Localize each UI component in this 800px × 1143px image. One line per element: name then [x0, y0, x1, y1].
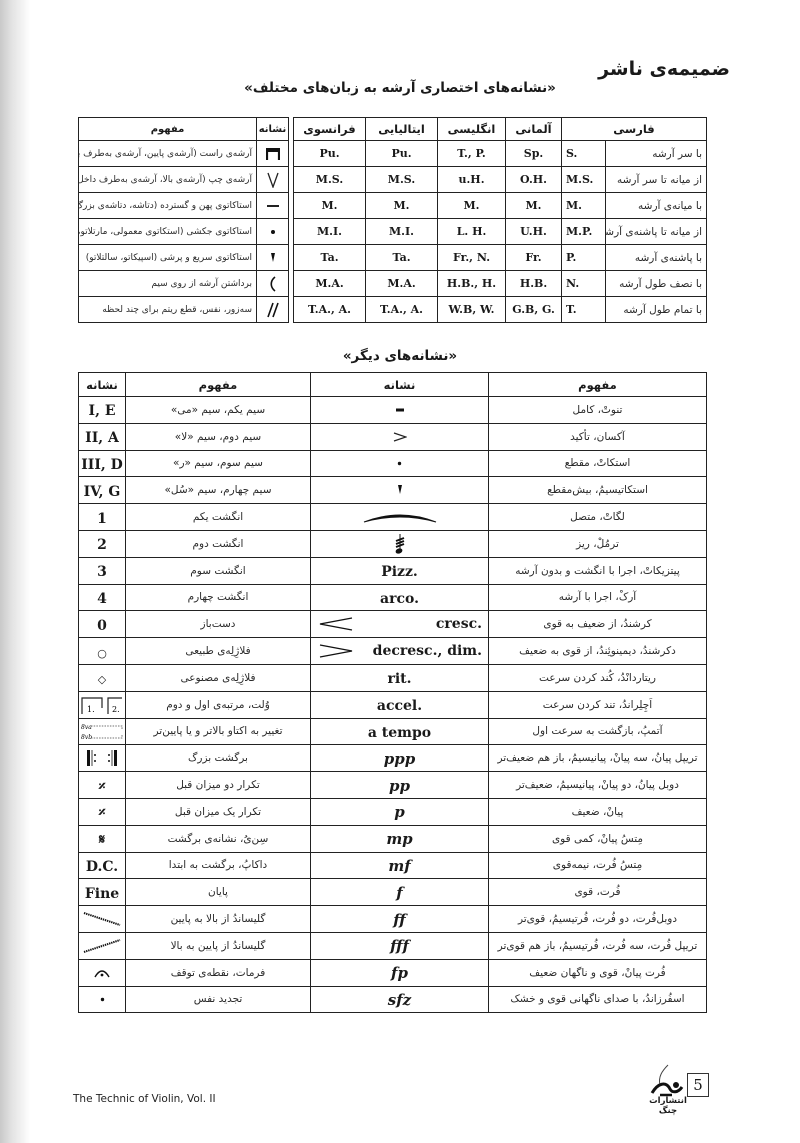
concept-cell-2: برگشت بزرگ	[126, 745, 311, 772]
other-signs-table: نشانه مفهوم نشانه مفهوم I, Eسیم یکم، سیم…	[78, 372, 707, 1013]
sign-cell-2: 𝄋	[79, 825, 126, 852]
bowing-sign-row: سه‌زور، نفس، قطع ریتم برای چند لحظه	[79, 297, 289, 323]
book-title-footer: The Technic of Violin, Vol. II	[73, 1093, 216, 1105]
cell-italian: M.S.	[366, 167, 438, 193]
other-sign-row: D.C.داکاپُ، برگشت به ابتداmfمِتسُ فُرت، …	[79, 852, 707, 879]
sign-cell-1: mf	[311, 852, 489, 879]
concept-cell-1: اسفُرزاندُ، با صدای ناگهانی قوی و خشک	[489, 986, 707, 1013]
cell-farsi-abbr: N.	[562, 271, 606, 297]
concept-cell-1: آرکْ، اجرا با آرشه	[489, 584, 707, 611]
other-sign-row: IV, Gسیم چهارم، سیم «سُل»استکاتیسیمُ، بی…	[79, 477, 707, 504]
dynamic-label: ppp	[384, 750, 415, 768]
other-sign-row: تجدید نفسsfzاسفُرزاندُ، با صدای ناگهانی …	[79, 986, 707, 1013]
hairpin-group: decresc., dim.	[311, 643, 488, 659]
segno-icon: 𝄋	[99, 832, 105, 848]
other-sign-row: III, Dسیم سوم، سیم «ر»استکاتْ، مقطع	[79, 450, 707, 477]
sign-cell-2: 𝄎	[79, 798, 126, 825]
cell-italian: Pu.	[366, 141, 438, 167]
concept-cell-1: تنوتْ، کامل	[489, 397, 707, 424]
staccatissimo-icon	[257, 253, 288, 263]
concept-cell-2: دست‌باز	[126, 611, 311, 638]
header-italian: ایتالیایی	[366, 118, 438, 141]
tremolo-icon	[311, 533, 488, 555]
cell-italian: T.A., A.	[366, 297, 438, 323]
concept-cell-1: مِتسُ فُرت، نیمه‌قوی	[489, 852, 707, 879]
dynamic-label: mf	[388, 857, 410, 875]
sign-cell-2	[79, 906, 126, 933]
sign-label: III, D	[81, 457, 123, 473]
concept-cell-1: لگاتْ، متصل	[489, 504, 707, 531]
page-number: 5	[687, 1073, 709, 1097]
sign-cell-2: 𝄎	[79, 772, 126, 799]
header-french: فرانسوی	[294, 118, 366, 141]
sign-cell-1: f	[311, 879, 489, 906]
sign-cell-2: II, A	[79, 423, 126, 450]
glissando-up-icon	[79, 938, 125, 954]
concept-cell-2: تکرار دو میزان قبل	[126, 772, 311, 799]
cell-farsi-desc: از میانه تا سر آرشه	[606, 167, 707, 193]
cell-farsi-abbr: T.	[562, 297, 606, 323]
dynamic-label: mp	[386, 830, 412, 848]
concept-cell-2: فرمات، نقطه‌ی توقف	[126, 959, 311, 986]
sign-label: Fine	[85, 886, 119, 902]
harmonic-icon: ◇	[98, 673, 106, 686]
cell-german: H.B.	[506, 271, 562, 297]
bowing-sign-row: آرشه‌ی راست (آرشه‌ی پایین، آرشه‌ی به‌طرف…	[79, 141, 289, 167]
cell-english: L. H.	[438, 219, 506, 245]
sign-cell-1	[311, 450, 489, 477]
sign-cell-2: ◇	[79, 664, 126, 691]
sign-label: I, E	[89, 403, 116, 419]
sign-cell-2: 8va8vb	[79, 718, 126, 745]
concept-cell: سه‌زور، نفس، قطع ریتم برای چند لحظه	[79, 297, 257, 323]
other-sign-row: II, Aسیم دوم، سیم «لا»آکسان، تأکید	[79, 423, 707, 450]
cell-german: Sp.	[506, 141, 562, 167]
crescendo-hairpin-icon	[319, 617, 353, 631]
other-sign-row: 1انگشت یکملگاتْ، متصل	[79, 504, 707, 531]
publisher-name: انتشارات چنگ	[644, 1096, 692, 1116]
concept-cell: آرشه‌ی چپ (آرشه‌ی بالا، آرشه‌ی به‌طرف دا…	[79, 167, 257, 193]
sign-cell-2	[79, 959, 126, 986]
other-sign-row: 𝄋سِن‌یُ، نشانه‌ی برگشتmpمِتسُ پیانْ، کمی…	[79, 825, 707, 852]
tenuto-icon	[257, 204, 288, 208]
concept-cell-2: انگشت دوم	[126, 530, 311, 557]
concept-cell-2: وُلت، مرتبه‌ی اول و دوم	[126, 691, 311, 718]
other-sign-row: I, Eسیم یکم، سیم «می»تنوتْ، کامل	[79, 397, 707, 424]
other-sign-row: برگشت بزرگpppتریپل پیانُ، سه پیانْ، پیان…	[79, 745, 707, 772]
harmonic-icon: ○	[97, 647, 107, 660]
concept-cell: استاکاتوی سریع و پرشی (اسپیکاتو، سالتلات…	[79, 245, 257, 271]
bow-abbreviations-table: فرانسوی ایتالیایی انگلیسی آلمانی فارسی P…	[293, 117, 707, 323]
sign-cell-1: fp	[311, 959, 489, 986]
sign-cell	[257, 271, 289, 297]
concept-cell: آرشه‌ی راست (آرشه‌ی پایین، آرشه‌ی به‌طرف…	[79, 141, 257, 167]
bow-table-title: «نشانه‌های اختصاری آرشه به زبان‌های مختل…	[0, 80, 800, 96]
concept-cell-2: پایان	[126, 879, 311, 906]
other-sign-row: 4انگشت چهارمarco.آرکْ، اجرا با آرشه	[79, 584, 707, 611]
down-bow-icon	[257, 148, 288, 160]
decrescendo-hairpin-icon	[319, 644, 353, 658]
concept-cell-1: ریتاردانْدُ، کُند کردن سرعت	[489, 664, 707, 691]
cell-french: T.A., A.	[294, 297, 366, 323]
dynamic-label: sfz	[388, 991, 411, 1009]
cell-farsi-abbr: M.S.	[562, 167, 606, 193]
sign-cell-1: mp	[311, 825, 489, 852]
concept-cell-2: انگشت یکم	[126, 504, 311, 531]
concept-cell-2: انگشت چهارم	[126, 584, 311, 611]
sign-cell-1: a tempo	[311, 718, 489, 745]
svg-text:2.: 2.	[112, 705, 120, 714]
page-binding-shadow	[0, 0, 30, 1143]
bow-row: T.A., A.T.A., A.W.B, W.G.B, G.T.با تمام …	[294, 297, 707, 323]
accent-icon	[311, 432, 488, 442]
sign-cell-2: ○	[79, 638, 126, 665]
svg-text:1.: 1.	[87, 705, 95, 714]
cell-french: Pu.	[294, 141, 366, 167]
cell-farsi-abbr: P.	[562, 245, 606, 271]
sign-cell-2: 1.2.	[79, 691, 126, 718]
header-farsi: فارسی	[562, 118, 707, 141]
concept-cell-2: گلیساندُ از بالا به پایین	[126, 906, 311, 933]
tenuto-icon	[311, 408, 488, 412]
header-concept-1: مفهوم	[489, 373, 707, 397]
cell-german: O.H.	[506, 167, 562, 193]
sign-cell-1	[311, 423, 489, 450]
concept-cell-1: پیانْ، ضعیف	[489, 798, 707, 825]
sign-cell-1	[311, 397, 489, 424]
sign-label: 1	[97, 511, 107, 527]
sign-cell-1: decresc., dim.	[311, 638, 489, 665]
bowing-sign-row: آرشه‌ی چپ (آرشه‌ی بالا، آرشه‌ی به‌طرف دا…	[79, 167, 289, 193]
concept-cell-1: آتمپُ، بازگشت به سرعت اول	[489, 718, 707, 745]
header-sign: نشانه	[257, 118, 289, 141]
bow-row: M.A.M.A.H.B., H.H.B.N.با نصف طول آرشه	[294, 271, 707, 297]
bow-row: Pu.Pu.T., P.Sp.S.با سر آرشه	[294, 141, 707, 167]
sign-cell-2: I, E	[79, 397, 126, 424]
staccato-dot-icon	[311, 461, 488, 466]
cell-german: G.B, G.	[506, 297, 562, 323]
sign-cell-1	[311, 530, 489, 557]
sign-cell-1	[311, 504, 489, 531]
other-signs-title: «نشانه‌های دیگر»	[0, 348, 800, 364]
sign-cell-2	[79, 932, 126, 959]
sign-cell-2: 2	[79, 530, 126, 557]
header-concept: مفهوم	[79, 118, 257, 141]
cell-farsi-desc: با میانه‌ی آرشه	[606, 193, 707, 219]
header-sign-1: نشانه	[311, 373, 489, 397]
sign-cell-2	[79, 745, 126, 772]
concept-cell-1: دوبل‌فُرت، دو فُرت، فُرتیسیمُ، قوی‌تر	[489, 906, 707, 933]
svg-text:8vb: 8vb	[81, 734, 92, 741]
concept-cell-1: فُرت، قوی	[489, 879, 707, 906]
sign-label: 2	[97, 537, 107, 553]
concept-cell-1: تریپل فُرت، سه فُرت، فُرتیسیمُ، باز هم ق…	[489, 932, 707, 959]
other-sign-row: 𝄎تکرار دو میزان قبلppدوبل پیانُ، دو پیان…	[79, 772, 707, 799]
sign-cell-2: Fine	[79, 879, 126, 906]
sign-cell-1: pp	[311, 772, 489, 799]
concept-cell-1: اَچِلِراندُ، تند کردن سرعت	[489, 691, 707, 718]
sign-cell-1: p	[311, 798, 489, 825]
other-sign-row: ○فلاژِلِه‌ی طبیعیdecresc., dim.دکرشندُ، …	[79, 638, 707, 665]
up-bow-icon	[257, 172, 288, 188]
header-english: انگلیسی	[438, 118, 506, 141]
sign-cell-1: ff	[311, 906, 489, 933]
bowing-signs-table: مفهوم نشانه آرشه‌ی راست (آرشه‌ی پایین، آ…	[78, 117, 289, 323]
glissando-down-icon	[79, 911, 125, 927]
fermata-icon	[79, 968, 125, 978]
concept-cell: استاکاتوی جکشی (استکاتوی معمولی، مارتلات…	[79, 219, 257, 245]
cell-farsi-abbr: M.P.	[562, 219, 606, 245]
header-sign-2: نشانه	[79, 373, 126, 397]
sign-cell-1: cresc.	[311, 611, 489, 638]
sign-cell-1: Pizz.	[311, 557, 489, 584]
concept-cell-1: مِتسُ پیانْ، کمی قوی	[489, 825, 707, 852]
other-sign-row: 𝄎تکرار یک میزان قبلpپیانْ، ضعیف	[79, 798, 707, 825]
sign-cell	[257, 297, 289, 323]
cell-french: Ta.	[294, 245, 366, 271]
cell-english: H.B., H.	[438, 271, 506, 297]
sign-cell-2: 0	[79, 611, 126, 638]
dynamic-label: p	[394, 803, 405, 821]
cell-farsi-desc: با نصف طول آرشه	[606, 271, 707, 297]
concept-cell-2: سیم چهارم، سیم «سُل»	[126, 477, 311, 504]
page-heading: ضمیمه‌ی ناشر	[598, 58, 730, 80]
sign-cell-2: 4	[79, 584, 126, 611]
concept-cell-2: سیم سوم، سیم «ر»	[126, 450, 311, 477]
concept-cell-1: پیتزیکاتْ، اجرا با انگشت و بدون آرشه	[489, 557, 707, 584]
sign-label: II, A	[85, 430, 119, 446]
concept-cell-2: فلاژِلِه‌ی طبیعی	[126, 638, 311, 665]
cell-german: Fr.	[506, 245, 562, 271]
cell-english: M.	[438, 193, 506, 219]
concept-cell-2: تجدید نفس	[126, 986, 311, 1013]
sign-cell-2: D.C.	[79, 852, 126, 879]
term-label: a tempo	[368, 725, 431, 741]
cell-english: u.H.	[438, 167, 506, 193]
other-sign-row: Fineپایانfفُرت، قوی	[79, 879, 707, 906]
cell-english: Fr., N.	[438, 245, 506, 271]
other-sign-row: ◇فلاژِلِه‌ی مصنوعیrit.ریتاردانْدُ، کُند …	[79, 664, 707, 691]
bowing-sign-row: استاکاتوی جکشی (استکاتوی معمولی، مارتلات…	[79, 219, 289, 245]
dynamic-label: pp	[389, 777, 410, 795]
sign-cell	[257, 141, 289, 167]
concept-cell-2: گلیساندُ از پایین به بالا	[126, 932, 311, 959]
cell-french: M.S.	[294, 167, 366, 193]
other-sign-row: 1.2.وُلت، مرتبه‌ی اول و دومaccel.اَچِلِر…	[79, 691, 707, 718]
sign-label: 4	[97, 591, 107, 607]
dynamic-label: f	[396, 884, 402, 902]
cell-italian: M.A.	[366, 271, 438, 297]
cell-italian: M.	[366, 193, 438, 219]
sign-label: 0	[97, 618, 107, 634]
sign-label: 3	[97, 564, 107, 580]
concept-cell-1: تریپل پیانُ، سه پیانْ، پیانیسیمُ، باز هم…	[489, 745, 707, 772]
concept-cell-1: دکرشندُ، دیمینوئِندُ، از قوی به ضعیف	[489, 638, 707, 665]
sign-cell-1: sfz	[311, 986, 489, 1013]
sign-cell	[257, 219, 289, 245]
concept-cell-2: داکاپُ، برگشت به ابتدا	[126, 852, 311, 879]
cell-farsi-abbr: S.	[562, 141, 606, 167]
staccato-dot-icon	[257, 229, 288, 235]
concept-cell-1: ترمُلْ، ریز	[489, 530, 707, 557]
bow-row: M.M.M.M.M.با میانه‌ی آرشه	[294, 193, 707, 219]
term-label: cresc.	[436, 616, 482, 632]
bow-row: M.S.M.S.u.H.O.H.M.S.از میانه تا سر آرشه	[294, 167, 707, 193]
cell-german: M.	[506, 193, 562, 219]
sign-cell-1	[311, 477, 489, 504]
cell-english: T., P.	[438, 141, 506, 167]
other-sign-row: فرمات، نقطه‌ی توقفfpفُرت پیانْ، قوی و نا…	[79, 959, 707, 986]
sign-cell	[257, 167, 289, 193]
concept-cell-1: کرشندُ، از ضعیف به قوی	[489, 611, 707, 638]
bow-row: Ta.Ta.Fr., N.Fr.P.با پاشنه‌ی آرشه	[294, 245, 707, 271]
sign-cell	[257, 245, 289, 271]
header-concept-2: مفهوم	[126, 373, 311, 397]
hairpin-group: cresc.	[311, 616, 488, 632]
sign-cell-2: IV, G	[79, 477, 126, 504]
cell-italian: Ta.	[366, 245, 438, 271]
term-label: accel.	[377, 698, 422, 714]
cell-french: M.	[294, 193, 366, 219]
concept-cell-2: انگشت سوم	[126, 557, 311, 584]
dynamic-label: ff	[393, 911, 405, 929]
cell-farsi-desc: از میانه تا پاشنه‌ی آرشه	[606, 219, 707, 245]
sign-cell-2: 3	[79, 557, 126, 584]
bowing-sign-row: استاکاتوی سریع و پرشی (اسپیکاتو، سالتلات…	[79, 245, 289, 271]
simile-icon: 𝄎	[99, 779, 106, 795]
concept-cell: استاکاتوی پهن و گسترده (دتاشه، دتاشه‌ی ب…	[79, 193, 257, 219]
sign-label: D.C.	[86, 859, 118, 875]
bowing-sign-row: برداشتن آرشه از روی سیم	[79, 271, 289, 297]
concept-cell-2: تکرار یک میزان قبل	[126, 798, 311, 825]
other-sign-row: 3انگشت سومPizz.پیتزیکاتْ، اجرا با انگشت …	[79, 557, 707, 584]
slur-icon	[311, 510, 488, 524]
repeat-icon	[79, 749, 125, 767]
concept-cell-2: سِن‌یُ، نشانه‌ی برگشت	[126, 825, 311, 852]
other-sign-row: گلیساندُ از پایین به بالاfffتریپل فُرت، …	[79, 932, 707, 959]
sign-cell	[257, 193, 289, 219]
svg-text:8va: 8va	[81, 724, 92, 731]
octave-icon: 8va8vb	[79, 721, 125, 741]
bow-row: M.I.M.I.L. H.U.H.M.P.از میانه تا پاشنه‌ی…	[294, 219, 707, 245]
other-sign-row: 8va8vbتغییر به اکتاو بالاتر و یا پایین‌ت…	[79, 718, 707, 745]
concept-cell-1: فُرت پیانْ، قوی و ناگهان ضعیف	[489, 959, 707, 986]
sign-cell-1: arco.	[311, 584, 489, 611]
simile-icon: 𝄎	[99, 805, 106, 821]
cell-farsi-desc: با تمام طول آرشه	[606, 297, 707, 323]
concept-cell-2: تغییر به اکتاو بالاتر و یا پایین‌تر	[126, 718, 311, 745]
cell-english: W.B, W.	[438, 297, 506, 323]
concept-cell-1: آکسان، تأکید	[489, 423, 707, 450]
sign-cell-2: 1	[79, 504, 126, 531]
cell-french: M.I.	[294, 219, 366, 245]
volta-icon: 1.2.	[79, 696, 125, 714]
concept-cell-2: سیم یکم، سیم «می»	[126, 397, 311, 424]
caesura-icon	[257, 302, 288, 318]
concept-cell: برداشتن آرشه از روی سیم	[79, 271, 257, 297]
staccatissimo-icon	[311, 485, 488, 495]
cell-french: M.A.	[294, 271, 366, 297]
term-label: rit.	[387, 671, 411, 687]
term-label: Pizz.	[381, 564, 418, 580]
other-sign-row: 2انگشت دومترمُلْ، ریز	[79, 530, 707, 557]
bow-lift-icon	[257, 276, 288, 292]
concept-cell-1: دوبل پیانُ، دو پیانْ، پیانیسیمُ، ضعیف‌تر	[489, 772, 707, 799]
sign-cell-1: rit.	[311, 664, 489, 691]
cell-german: U.H.	[506, 219, 562, 245]
breath-icon	[79, 997, 125, 1002]
sign-label: IV, G	[84, 484, 121, 500]
other-sign-row: گلیساندُ از بالا به پایینffدوبل‌فُرت، دو…	[79, 906, 707, 933]
cell-farsi-desc: با پاشنه‌ی آرشه	[606, 245, 707, 271]
sign-cell-2: III, D	[79, 450, 126, 477]
concept-cell-2: فلاژِلِه‌ی مصنوعی	[126, 664, 311, 691]
sign-cell-1: fff	[311, 932, 489, 959]
term-label: arco.	[380, 591, 419, 607]
cell-italian: M.I.	[366, 219, 438, 245]
cell-farsi-abbr: M.	[562, 193, 606, 219]
dynamic-label: fff	[390, 937, 409, 955]
sign-cell-2	[79, 986, 126, 1013]
concept-cell-1: استکاتْ، مقطع	[489, 450, 707, 477]
cell-farsi-desc: با سر آرشه	[606, 141, 707, 167]
dynamic-label: fp	[391, 964, 408, 982]
concept-cell-2: سیم دوم، سیم «لا»	[126, 423, 311, 450]
sign-cell-1: accel.	[311, 691, 489, 718]
other-sign-row: 0دست‌بازcresc.کرشندُ، از ضعیف به قوی	[79, 611, 707, 638]
header-german: آلمانی	[506, 118, 562, 141]
sign-cell-1: ppp	[311, 745, 489, 772]
concept-cell-1: استکاتیسیمُ، بیش‌مقطع	[489, 477, 707, 504]
bowing-sign-row: استاکاتوی پهن و گسترده (دتاشه، دتاشه‌ی ب…	[79, 193, 289, 219]
term-label: decresc., dim.	[373, 643, 482, 659]
